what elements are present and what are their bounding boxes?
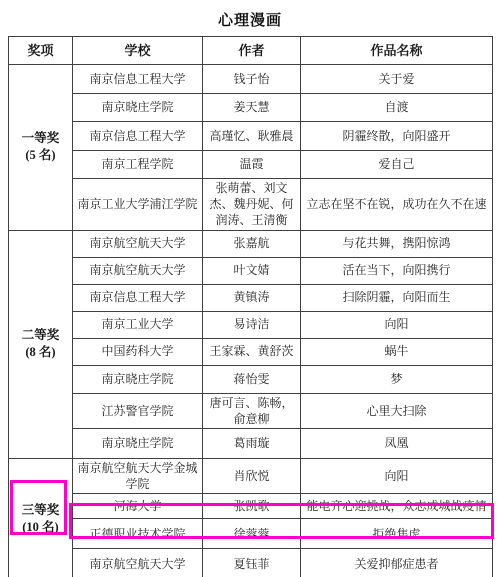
school-cell: 南京工业大学 bbox=[73, 311, 203, 338]
work-cell: 自渡 bbox=[301, 94, 493, 122]
header-row: 奖项学校作者作品名称 bbox=[9, 37, 493, 65]
school-cell: 河海大学 bbox=[73, 494, 203, 519]
school-cell: 南京晓庄学院 bbox=[73, 94, 203, 122]
school-cell: 南京工程学院 bbox=[73, 151, 203, 179]
author-cell: 高瑾忆、耿雅晨 bbox=[203, 122, 301, 151]
author-cell: 钱子怡 bbox=[203, 65, 301, 94]
table-row: 南京航空航天大学夏钰菲关爱抑郁症患者 bbox=[9, 549, 493, 577]
school-cell: 江苏警官学院 bbox=[73, 393, 203, 428]
table-row: 中国药科大学王家霖、黄舒茨蜗牛 bbox=[9, 338, 493, 365]
school-cell: 南京晓庄学院 bbox=[73, 365, 203, 393]
author-cell: 夏钰菲 bbox=[203, 549, 301, 577]
award-cell: 一等奖(5 名) bbox=[9, 65, 73, 231]
author-cell: 易诗洁 bbox=[203, 311, 301, 338]
author-cell: 姜天慧 bbox=[203, 94, 301, 122]
award-cell: 二等奖(8 名) bbox=[9, 230, 73, 458]
author-cell: 徐蓉蓉 bbox=[203, 519, 301, 549]
work-cell: 能电齐心迎挑战，众志成城战疫情 bbox=[301, 494, 493, 519]
award-count: (8 名) bbox=[13, 344, 68, 361]
work-cell: 凤凰 bbox=[301, 428, 493, 458]
author-cell: 唐可言、陈畅，俞意柳 bbox=[203, 393, 301, 428]
work-cell: 立志在坚不在锐，成功在久不在速 bbox=[301, 179, 493, 231]
work-cell: 阴霾终散，向阳盛开 bbox=[301, 122, 493, 151]
author-cell: 葛雨璇 bbox=[203, 428, 301, 458]
work-cell: 爱自己 bbox=[301, 151, 493, 179]
column-header-work: 作品名称 bbox=[301, 37, 493, 65]
table-row: 河海大学张凯歌能电齐心迎挑战，众志成城战疫情 bbox=[9, 494, 493, 519]
table-row: 三等奖(10 名)南京航空航天大学金城学院肖欣悦向阳 bbox=[9, 458, 493, 493]
work-cell: 向阳 bbox=[301, 458, 493, 493]
school-cell: 南京信息工程大学 bbox=[73, 284, 203, 311]
author-cell: 肖欣悦 bbox=[203, 458, 301, 493]
column-header-award: 奖项 bbox=[9, 37, 73, 65]
table-row: 南京晓庄学院蒋怡雯梦 bbox=[9, 365, 493, 393]
school-cell: 南京信息工程大学 bbox=[73, 122, 203, 151]
school-cell: 南京航空航天大学金城学院 bbox=[73, 458, 203, 493]
author-cell: 温霞 bbox=[203, 151, 301, 179]
award-name: 二等奖 bbox=[13, 327, 68, 344]
column-header-school: 学校 bbox=[73, 37, 203, 65]
author-cell: 蒋怡雯 bbox=[203, 365, 301, 393]
table-row: 南京工程学院温霞爱自己 bbox=[9, 151, 493, 179]
author-cell: 张萌蕾、刘文杰、魏丹妮、何润涛、王清衡 bbox=[203, 179, 301, 231]
school-cell: 正德职业技术学院 bbox=[73, 519, 203, 549]
author-cell: 黄镇涛 bbox=[203, 284, 301, 311]
table-row: 南京工业大学浦江学院张萌蕾、刘文杰、魏丹妮、何润涛、王清衡立志在坚不在锐，成功在… bbox=[9, 179, 493, 231]
table-row: 南京航空航天大学叶文婧活在当下，向阳携行 bbox=[9, 257, 493, 284]
school-cell: 南京工业大学浦江学院 bbox=[73, 179, 203, 231]
table-row: 南京晓庄学院葛雨璇凤凰 bbox=[9, 428, 493, 458]
work-cell: 关于爱 bbox=[301, 65, 493, 94]
work-cell: 蜗牛 bbox=[301, 338, 493, 365]
school-cell: 南京信息工程大学 bbox=[73, 65, 203, 94]
author-cell: 叶文婧 bbox=[203, 257, 301, 284]
work-cell: 梦 bbox=[301, 365, 493, 393]
table-row: 正德职业技术学院徐蓉蓉拒绝焦虑 bbox=[9, 519, 493, 549]
table-row: 江苏警官学院唐可言、陈畅，俞意柳心里大扫除 bbox=[9, 393, 493, 428]
awards-table: 奖项学校作者作品名称 一等奖(5 名)南京信息工程大学钱子怡关于爱南京晓庄学院姜… bbox=[8, 36, 493, 577]
work-cell: 活在当下，向阳携行 bbox=[301, 257, 493, 284]
author-cell: 张凯歌 bbox=[203, 494, 301, 519]
work-cell: 向阳 bbox=[301, 311, 493, 338]
school-cell: 南京航空航天大学 bbox=[73, 230, 203, 257]
document-page: 心理漫画 奖项学校作者作品名称 一等奖(5 名)南京信息工程大学钱子怡关于爱南京… bbox=[0, 0, 500, 577]
award-count: (5 名) bbox=[13, 147, 68, 164]
work-cell: 关爱抑郁症患者 bbox=[301, 549, 493, 577]
work-cell: 扫除阴霾，向阳而生 bbox=[301, 284, 493, 311]
author-cell: 王家霖、黄舒茨 bbox=[203, 338, 301, 365]
author-cell: 张嘉航 bbox=[203, 230, 301, 257]
work-cell: 拒绝焦虑 bbox=[301, 519, 493, 549]
school-cell: 南京晓庄学院 bbox=[73, 428, 203, 458]
awards-table-wrap: 奖项学校作者作品名称 一等奖(5 名)南京信息工程大学钱子怡关于爱南京晓庄学院姜… bbox=[8, 36, 492, 577]
table-row: 一等奖(5 名)南京信息工程大学钱子怡关于爱 bbox=[9, 65, 493, 94]
award-cell: 三等奖(10 名) bbox=[9, 458, 73, 577]
table-row: 南京工业大学易诗洁向阳 bbox=[9, 311, 493, 338]
school-cell: 南京航空航天大学 bbox=[73, 549, 203, 577]
award-count: (10 名) bbox=[13, 519, 68, 536]
page-title: 心理漫画 bbox=[0, 0, 500, 30]
award-name: 三等奖 bbox=[13, 502, 68, 519]
work-cell: 心里大扫除 bbox=[301, 393, 493, 428]
school-cell: 南京航空航天大学 bbox=[73, 257, 203, 284]
table-row: 南京信息工程大学高瑾忆、耿雅晨阴霾终散，向阳盛开 bbox=[9, 122, 493, 151]
table-row: 二等奖(8 名)南京航空航天大学张嘉航与花共舞，携阳惊鸿 bbox=[9, 230, 493, 257]
column-header-author: 作者 bbox=[203, 37, 301, 65]
award-name: 一等奖 bbox=[13, 130, 68, 147]
table-row: 南京信息工程大学黄镇涛扫除阴霾，向阳而生 bbox=[9, 284, 493, 311]
work-cell: 与花共舞，携阳惊鸿 bbox=[301, 230, 493, 257]
table-row: 南京晓庄学院姜天慧自渡 bbox=[9, 94, 493, 122]
school-cell: 中国药科大学 bbox=[73, 338, 203, 365]
